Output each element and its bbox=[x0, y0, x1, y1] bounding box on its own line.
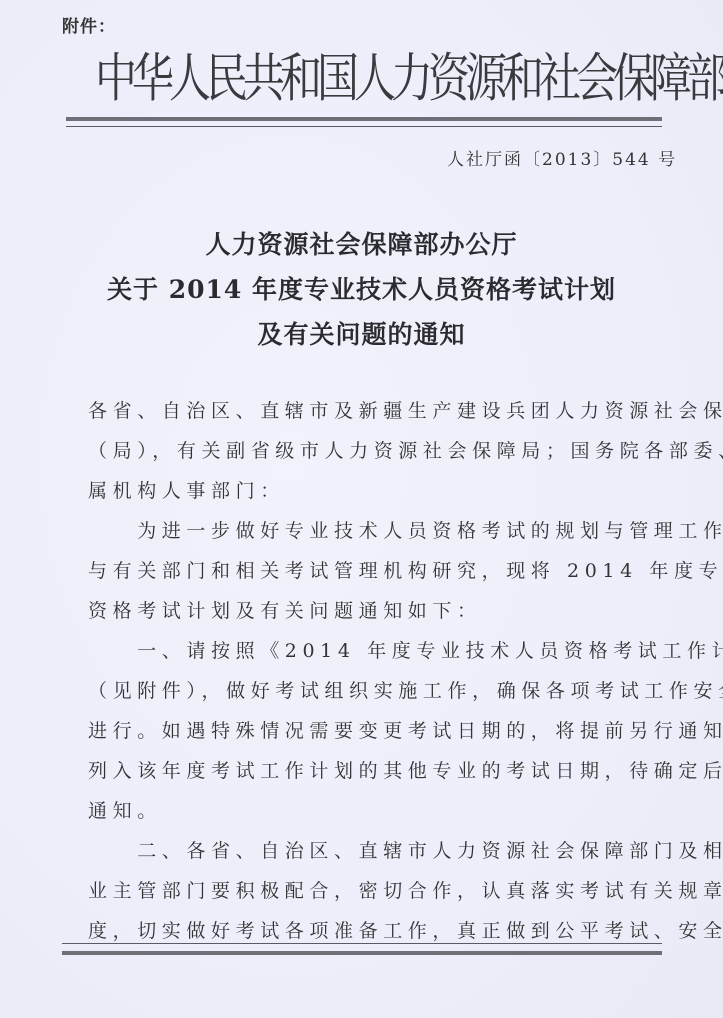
item1-line: 一、请按照《2014 年度专业技术人员资格考试工作计划》 bbox=[88, 636, 723, 663]
issuer-heading: 中华人民共和国人力资源和社会保障部办公厅 bbox=[95, 52, 675, 105]
item2-line: 度，切实做好考试各项准备工作，真正做到公平考试、安全考试。 bbox=[88, 916, 723, 943]
item1-line: （见附件），做好考试组织实施工作，确保各项考试工作安全顺利 bbox=[88, 676, 723, 703]
item1-line: 通知。 bbox=[88, 796, 162, 823]
intro-line: 资格考试计划及有关问题通知如下： bbox=[88, 596, 482, 623]
item1-line: 列入该年度考试工作计划的其他专业的考试日期，待确定后另行 bbox=[88, 756, 723, 783]
recipients-line: （局），有关副省级市人力资源社会保障局；国务院各部委、各直 bbox=[88, 436, 723, 463]
document-number: 人社厅函〔2013〕544 号 bbox=[447, 145, 677, 170]
header-rule-thin bbox=[66, 126, 662, 127]
recipients-line: 属机构人事部门： bbox=[88, 476, 285, 503]
footer-rule-thin bbox=[62, 943, 662, 944]
title-line-2: 关于 2014 年度专业技术人员资格考试计划 bbox=[0, 270, 723, 306]
item1-line: 进行。如遇特殊情况需要变更考试日期的，将提前另行通知。未 bbox=[88, 716, 723, 743]
title-line-3: 及有关问题的通知 bbox=[0, 315, 723, 351]
item2-line: 业主管部门要积极配合，密切合作，认真落实考试有关规章制 bbox=[88, 876, 723, 903]
intro-line: 与有关部门和相关考试管理机构研究，现将 2014 年度专业技术 bbox=[88, 556, 723, 583]
title-line-1: 人力资源社会保障部办公厅 bbox=[0, 225, 723, 261]
intro-line: 为进一步做好专业技术人员资格考试的规划与管理工作，经 bbox=[88, 516, 723, 543]
item2-line: 二、各省、自治区、直辖市人力资源社会保障部门及相关行 bbox=[88, 836, 723, 863]
footer-rule-thick bbox=[62, 951, 662, 955]
attachment-label: 附件： bbox=[62, 12, 116, 37]
recipients-line: 各省、自治区、直辖市及新疆生产建设兵团人力资源社会保障厅 bbox=[88, 396, 723, 423]
document-page: 附件： 中华人民共和国人力资源和社会保障部办公厅 人社厅函〔2013〕544 号… bbox=[0, 0, 723, 1018]
header-rule-thick bbox=[66, 117, 662, 121]
